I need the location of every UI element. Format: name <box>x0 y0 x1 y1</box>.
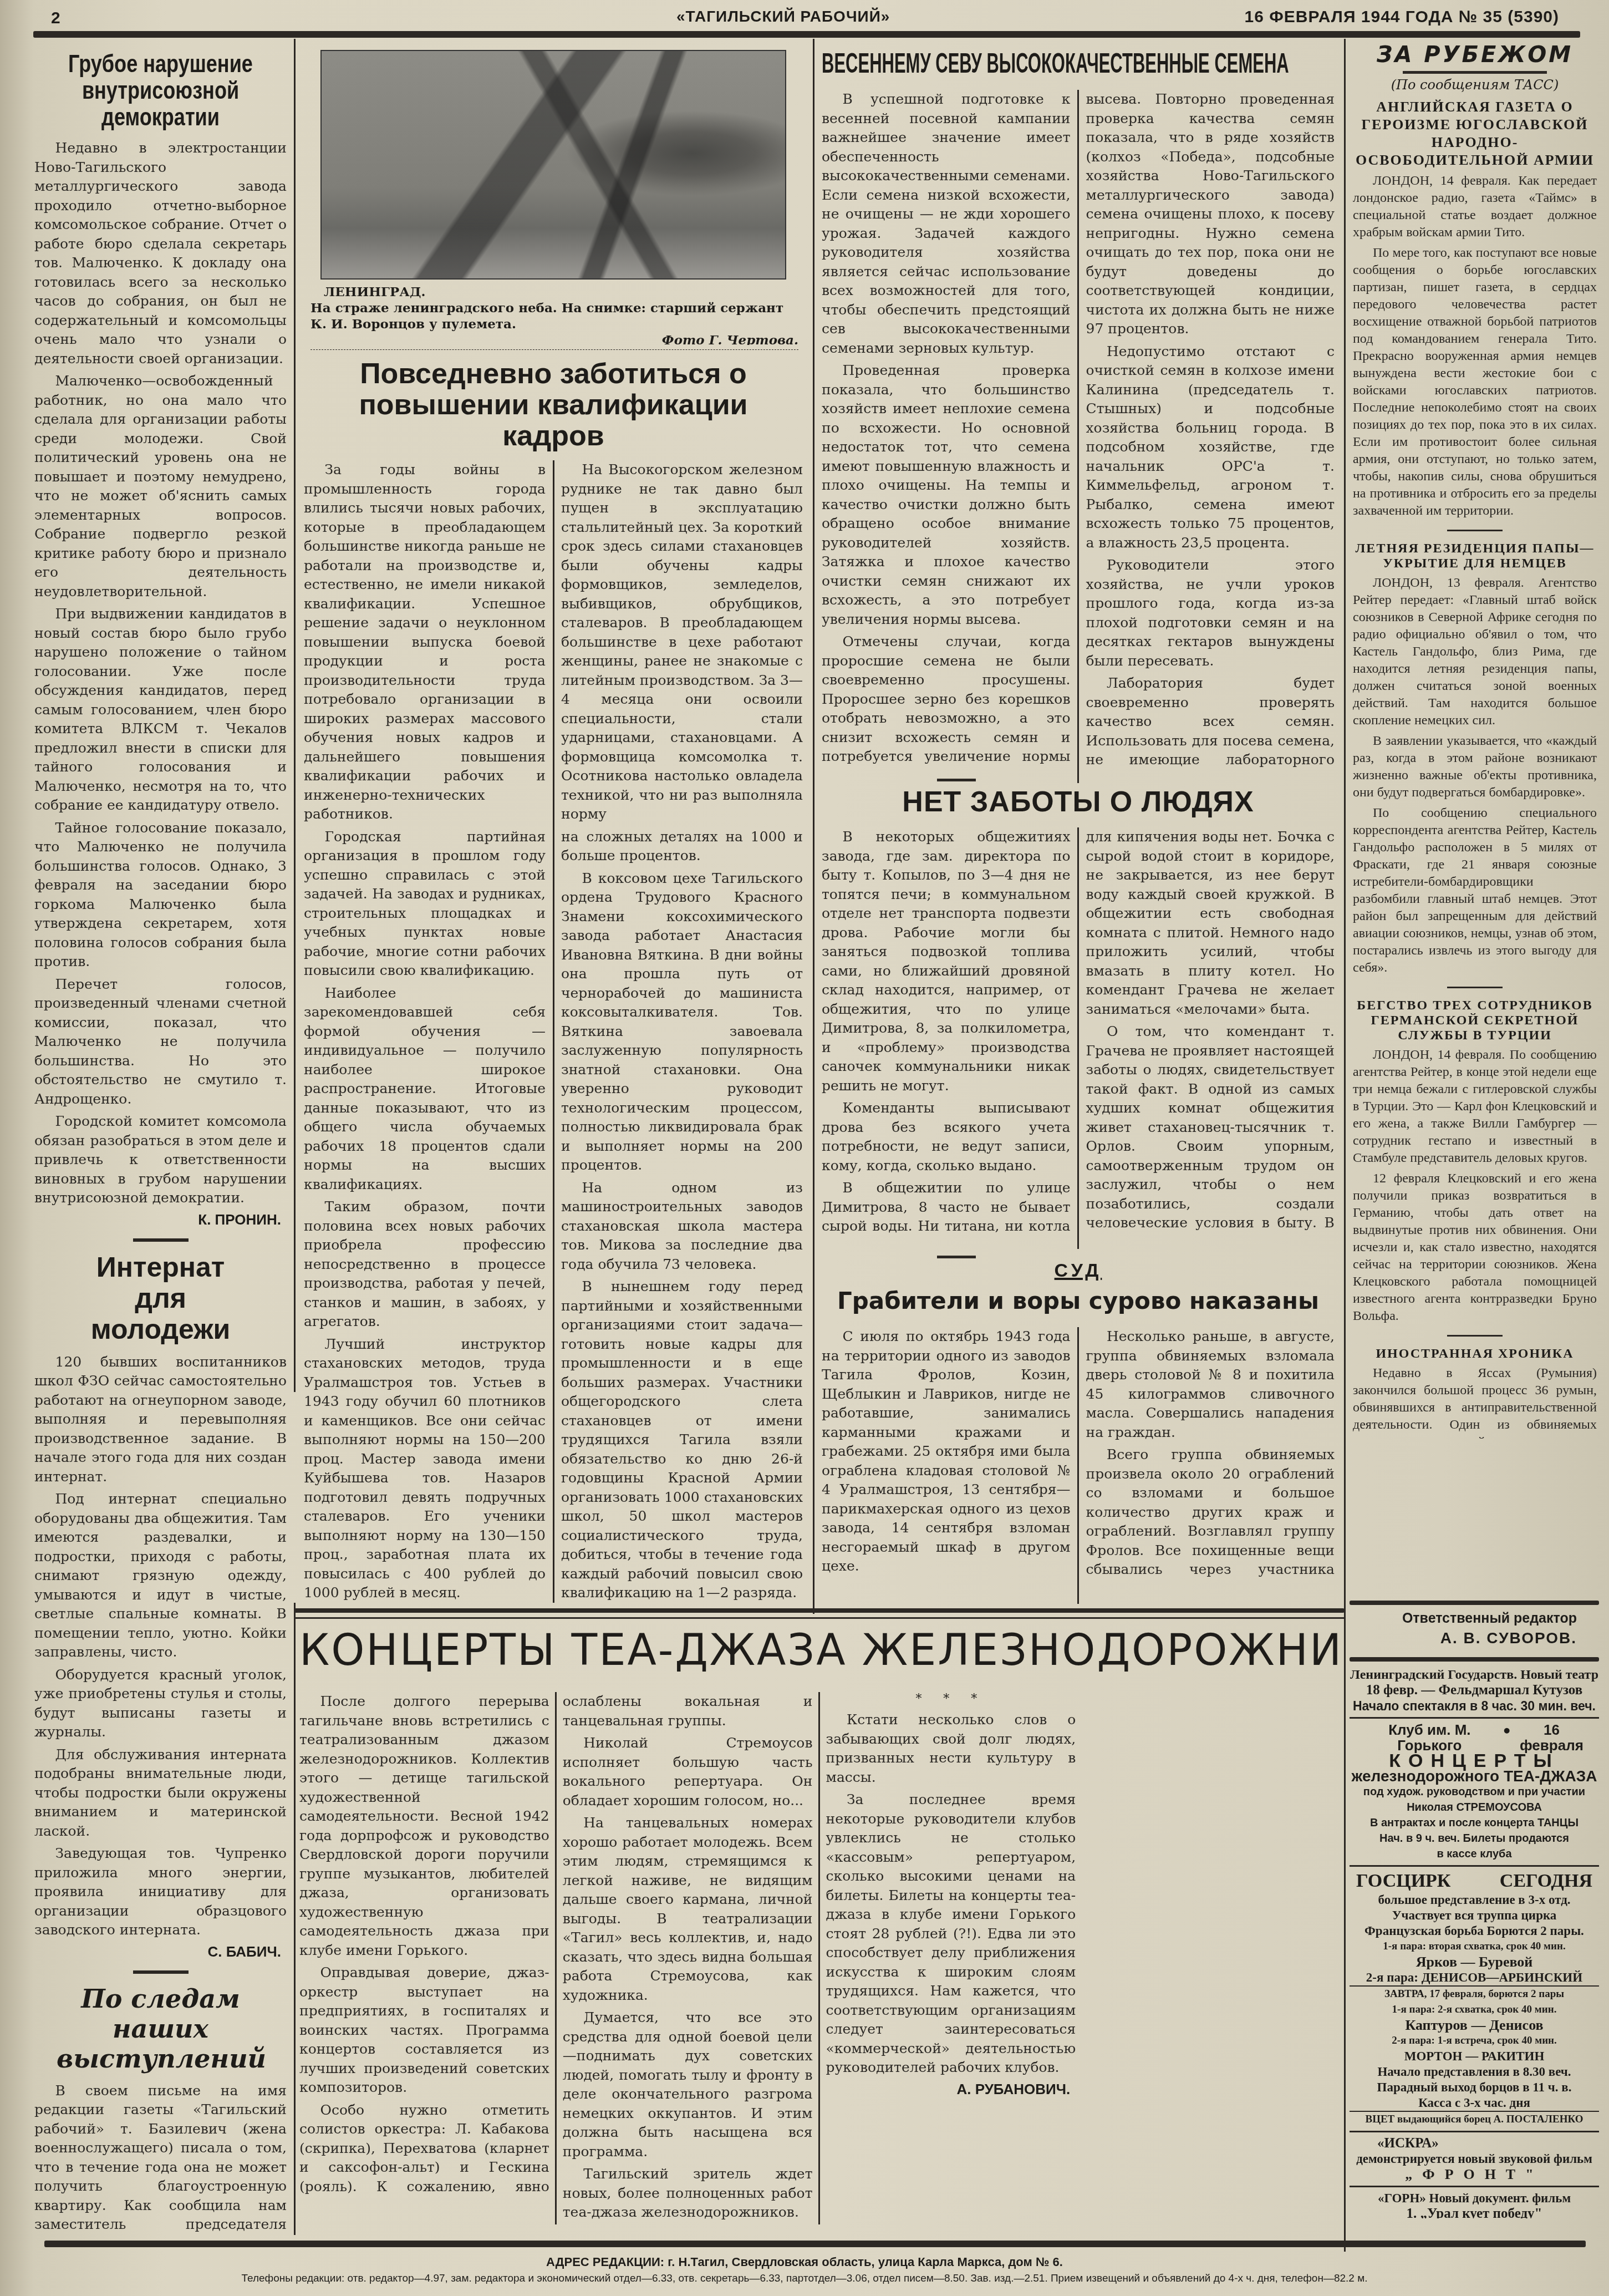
paragraph: Проведенная проверка показала, что больш… <box>822 361 1071 629</box>
ad-line: большое представление в 3-х отд. <box>1350 1892 1599 1908</box>
divider <box>1447 987 1503 988</box>
headline: Интернат для молодежи <box>68 1252 253 1345</box>
theatre-play: 18 февр. — Фельдмаршал Кутузов <box>1350 1683 1599 1698</box>
paragraph: ЛОНДОН, 14 февраля. По сообщению агентст… <box>1353 1047 1597 1167</box>
theatre-start: Начало спектакля в 8 час. 30 мин. веч. <box>1350 1698 1599 1714</box>
editorial-phones: Телефоны редакции: отв. редактор—4.97, з… <box>0 2273 1609 2285</box>
ad-line: Начало представления в 8.30 веч. <box>1350 2064 1599 2080</box>
column-divider <box>1344 39 1346 2252</box>
paragraph: ЛОНДОН, 13 февраля. Агентство Рейтер пер… <box>1353 575 1597 729</box>
club-date: 16 февраля <box>1511 1722 1592 1753</box>
paragraph: Таким образом, почти половина всех новых… <box>304 1197 546 1332</box>
paragraph: Городская партийная организация в прошло… <box>304 827 546 981</box>
headline-text: ВЕСЕННЕМУ СЕВУ ВЫСОКОКАЧЕСТВЕННЫЕ СЕМЕНА <box>822 48 1331 79</box>
paragraph: Несколько раньше, в августе, группа обви… <box>1086 1327 1335 1442</box>
circus-name: ГОСЦИРК <box>1356 1870 1451 1892</box>
ad-line: демонстрируется новый звуковой фильм <box>1350 2151 1599 2167</box>
ad-cinema-gorn: «ГОРН» Новый документ. фильм 1. „Урал ку… <box>1350 2187 1599 2218</box>
article-court: СУД Грабители и воры сурово наказаны С и… <box>822 1260 1335 1604</box>
paragraph: После долгого перерыва тагильчане вновь … <box>299 1692 549 1960</box>
headline: НЕТ ЗАБОТЫ О ЛЮДЯХ <box>822 784 1335 820</box>
article-body: В некоторых общежитиях завода, где зам. … <box>822 827 1335 1249</box>
ad-line: МОРТОН — РАКИТИН <box>1350 2049 1599 2064</box>
divider <box>937 779 976 781</box>
article-internat: Интернат для молодежи 120 бывших воспита… <box>34 1252 287 1960</box>
section-rule <box>294 1608 1345 1613</box>
column-left: Грубое нарушение внутрисоюзной демократи… <box>34 51 287 2236</box>
column-divider <box>813 39 814 1614</box>
divider <box>1447 1335 1503 1337</box>
ad-cinema-iskra: «ИСКРА» демонстрируется новый звуковой ф… <box>1350 2132 1599 2187</box>
paragraph: На одном из машиностроительных заводов с… <box>561 1179 803 1274</box>
rubric-source: (По сообщениям ТАСС) <box>1353 77 1597 93</box>
headline: ИНОСТРАННАЯ ХРОНИКА <box>1353 1347 1597 1362</box>
ad-header: ГОСЦИРК СЕГОДНЯ <box>1350 1870 1599 1892</box>
headline: ВЕСЕННЕМУ СЕВУ ВЫСОКОКАЧЕСТВЕННЫЕ СЕМЕНА <box>822 48 1335 79</box>
news-item-chronicle: ИНОСТРАННАЯ ХРОНИКА Недавно в Яссах (Рум… <box>1353 1347 1597 1440</box>
editor-block: Ответственный редактор А. В. СУВОРОВ. <box>1350 1608 1599 1648</box>
ad-line: Французская борьба Борются 2 пары. <box>1350 1923 1599 1939</box>
headline: ЛЕТНЯЯ РЕЗИДЕНЦИЯ ПАПЫ— УКРЫТИЕ ДЛЯ НЕМЦ… <box>1353 541 1597 571</box>
ad-line: В антрактах и после концерта ТАНЦЫ <box>1350 1815 1599 1831</box>
headline: Повседневно заботиться о повышении квали… <box>309 358 797 451</box>
issue-date: 16 ФЕВРАЛЯ 1944 ГОДА № 35 (5390) <box>1244 8 1559 27</box>
paragraph: 12 февраля Клецковский и его жена получи… <box>1353 1170 1597 1325</box>
ad-circus: ГОСЦИРК СЕГОДНЯ большое представление в … <box>1350 1867 1599 2132</box>
paragraph: 120 бывших воспитанников школ ФЗО сейчас… <box>34 1353 287 1487</box>
paragraph: Недопустимо отстают с очисткой семян в к… <box>1086 342 1335 553</box>
article-democracy: Грубое нарушение внутрисоюзной демократи… <box>34 51 287 1228</box>
divider <box>1350 1601 1599 1605</box>
paragraph: Николай Стремоусов исполняет большую час… <box>563 1734 813 1810</box>
divider <box>310 349 798 351</box>
paragraph: На Высокогорском железном руднике не так… <box>561 460 803 824</box>
paragraph: на сложных деталях на 1000 и больше проц… <box>561 827 803 866</box>
ad-theatre: Ленинградский Государств. Новый театр 18… <box>1350 1664 1599 1719</box>
news-item-turkey: БЕГСТВО ТРЕХ СОТРУДНИКОВ ГЕРМАНСКОЙ СЕКР… <box>1353 998 1597 1325</box>
theatre-name: Ленинградский Государств. Новый театр <box>1350 1667 1599 1683</box>
ad-line: Николая СТРЕМОУСОВА <box>1350 1800 1599 1815</box>
article-concert: КОНЦЕРТЫ ТЕА-ДЖАЗА ЖЕЛЕЗНОДОРОЖНИКОВ Пос… <box>299 1625 1339 2235</box>
bullet-icon: ● <box>1503 1722 1511 1753</box>
newspaper-page: 2 «ТАГИЛЬСКИЙ РАБОЧИЙ» 16 ФЕВРАЛЯ 1944 Г… <box>0 0 1609 2296</box>
headline: Грабители и воры сурово наказаны <box>822 1287 1335 1315</box>
ad-line: Ярков — Буревой <box>1350 1954 1599 1970</box>
article-seeds: ВЕСЕННЕМУ СЕВУ ВЫСОКОКАЧЕСТВЕННЫЕ СЕМЕНА… <box>822 48 1335 802</box>
paragraph: Под интернат специально оборудованы два … <box>34 1490 287 1662</box>
section-rule <box>294 1617 1345 1619</box>
rubric-abroad: ЗА РУБЕЖОМ <box>1353 42 1597 68</box>
paragraph: Тайное голосование показало, что Малючен… <box>34 819 287 972</box>
article-body: С июля по октябрь 1943 года на территори… <box>822 1327 1335 1604</box>
paragraph: Оправдывая доверие, джаз-оркестр выступа… <box>299 1963 549 2097</box>
ad-line: в кассе клуба <box>1350 1846 1599 1862</box>
paragraph: Для обслуживания интерната подобраны вни… <box>34 1745 287 1841</box>
paragraph: По сообщению специального корреспондента… <box>1353 805 1597 977</box>
photo-place: ЛЕНИНГРАД. <box>310 284 798 300</box>
rubric-court: СУД <box>822 1260 1335 1282</box>
ad-header: «ГОРН» Новый документ. фильм <box>1350 2191 1599 2206</box>
news-item-yugoslavia: АНГЛИЙСКАЯ ГАЗЕТА О ГЕРОИЗМЕ ЮГОСЛАВСКОЙ… <box>1353 98 1597 520</box>
cinema-name: «ИСКРА» <box>1350 2136 1599 2151</box>
photo-leningrad-machine-gunner <box>320 50 786 280</box>
divider <box>1350 1657 1599 1662</box>
article-body: За годы войны в промышленность города вл… <box>304 460 803 1603</box>
paper-name: «ТАГИЛЬСКИЙ РАБОЧИЙ» <box>676 8 890 26</box>
paragraph: Городской комитет комсомола обязан разоб… <box>34 1112 287 1208</box>
headline: АНГЛИЙСКАЯ ГАЗЕТА О ГЕРОИЗМЕ ЮГОСЛАВСКОЙ… <box>1353 98 1597 169</box>
headline-text: КОНЦЕРТЫ ТЕА-ДЖАЗА ЖЕЛЕЗНОДОРОЖНИКОВ <box>299 1626 1339 1675</box>
paragraph: С июля по октябрь 1943 года на территори… <box>822 1327 1071 1576</box>
ad-header: Клуб им. М. Горького ● 16 февраля <box>1350 1722 1599 1753</box>
headline: КОНЦЕРТЫ ТЕА-ДЖАЗА ЖЕЛЕЗНОДОРОЖНИКОВ <box>299 1625 1339 1675</box>
photo-caption: ЛЕНИНГРАД. На страже ленинградского неба… <box>310 284 798 345</box>
film-title: „ФРОНТ" <box>1350 2167 1599 2182</box>
article-body: После долгого перерыва тагильчане вновь … <box>299 1692 1339 2224</box>
paragraph: Думается, что все это средства для одной… <box>563 2008 813 2161</box>
divider <box>133 1238 189 1242</box>
ad-line: Нач. в 9 ч. веч. Билеты продаются <box>1350 1831 1599 1846</box>
paragraph: Лучший инструктор стахановских методов, … <box>304 1335 546 1603</box>
signature: С. БАБИЧ. <box>34 1943 281 1960</box>
editor-name: А. В. СУВОРОВ. <box>1350 1628 1599 1648</box>
editorial-address: АДРЕС РЕДАКЦИИ: г. Н.Тагил, Свердловская… <box>0 2255 1609 2269</box>
paragraph: Наиболее зарекомендовавшей себя формой о… <box>304 984 546 1195</box>
paragraph: Тагильский зритель ждет новых, более пол… <box>563 2165 813 2222</box>
ad-line: ВЦЕТ выдающийся борец А. ПОСТАЛЕНКО <box>1350 2111 1599 2127</box>
article-no-care: НЕТ ЗАБОТЫ О ЛЮДЯХ В некоторых общежития… <box>822 782 1335 1253</box>
headline: БЕГСТВО ТРЕХ СОТРУДНИКОВ ГЕРМАНСКОЙ СЕКР… <box>1353 998 1597 1043</box>
photo-credit: Фото Г. Чертова. <box>310 332 798 345</box>
paragraph: В нынешнем году перед партийными и хозяй… <box>561 1277 803 1603</box>
paragraph: За последнее время некоторые руководител… <box>826 1790 1076 2077</box>
signature: А. РУБАНОВИЧ. <box>826 2081 1071 2098</box>
column-divider <box>294 1603 296 2235</box>
paragraph: Недавно в Яссах (Румыния) закончился бол… <box>1353 1365 1597 1440</box>
footer-rule <box>44 2241 1586 2247</box>
divider <box>133 1970 189 1974</box>
paragraph: ЛОНДОН, 14 февраля. Как передает лондонс… <box>1353 172 1597 241</box>
ad-line: 2-я пара: 1-я встреча, срок 40 мин. <box>1350 2033 1599 2049</box>
ad-line: Касса с 3-х час. дня <box>1350 2095 1599 2111</box>
paragraph: В успешной подготовке к весенней посевно… <box>822 90 1071 358</box>
article-body: В успешной подготовке к весенней посевно… <box>822 90 1335 783</box>
ad-line: Парадный выход борцов в 11 ч. в. <box>1350 2080 1599 2095</box>
paragraph: При выдвижении кандидатов в новый состав… <box>34 605 287 815</box>
ad-line: 1-я пара: вторая схватка, срок 40 мин. <box>1350 1939 1599 1954</box>
ad-line: под худож. руководством и при участии <box>1350 1784 1599 1800</box>
paragraph: В коксовом цехе Тагильского ордена Трудо… <box>561 869 803 1175</box>
paragraph: Кстати несколько слов о забывающих свой … <box>826 1710 1076 1787</box>
divider <box>1403 71 1547 74</box>
headline: Грубое нарушение внутрисоюзной демократи… <box>57 51 264 131</box>
news-item-pope-residence: ЛЕТНЯЯ РЕЗИДЕНЦИЯ ПАПЫ— УКРЫТИЕ ДЛЯ НЕМЦ… <box>1353 541 1597 977</box>
paragraph: Коменданты выписывают дрова без всякого … <box>822 1099 1071 1175</box>
circus-today: СЕГОДНЯ <box>1500 1870 1592 1892</box>
page-number: 2 <box>51 9 60 28</box>
photo-caption-text: На страже ленинградского неба. На снимке… <box>310 300 798 332</box>
ads-column: Ленинградский Государств. Новый театр 18… <box>1350 1664 1599 2218</box>
ad-line: Участвует вся труппа цирка <box>1350 1908 1599 1923</box>
headline: По следам наших выступлений <box>57 1984 264 2074</box>
stars-separator: * * * <box>826 1692 1076 1706</box>
paragraph: Руководители этого хозяйства, не учли ур… <box>1086 556 1335 670</box>
article-follow-up: По следам наших выступлений В своем пись… <box>34 1984 287 2237</box>
signature: К. ПРОНИН. <box>34 1211 281 1228</box>
paragraph: Оборудуется красный уголок, уже приобрет… <box>34 1665 287 1742</box>
film-title: 1. „Урал кует победу" <box>1350 2206 1599 2218</box>
ad-line: 2-я пара: ДЕНИСОВ—АРБИНСКИЙ <box>1350 1970 1599 1987</box>
ad-line: Каптуров — Денисов <box>1350 2018 1599 2033</box>
ad-line: ЗАВТРА, 17 февраля, борются 2 пары <box>1350 1987 1599 2002</box>
divider <box>937 1256 976 1258</box>
ad-line: Новый документ. фильм <box>1429 2191 1571 2205</box>
editor-label: Ответственный редактор <box>1350 1608 1599 1628</box>
paragraph: В заявлении указывается, что «каждый раз… <box>1353 733 1597 801</box>
concert-title: КОНЦЕРТЫ <box>1350 1753 1599 1769</box>
paragraph: Малюченко—освобожденный работник, но она… <box>34 372 287 601</box>
paragraph: На танцевальных номерах хорошо работает … <box>563 1814 813 2005</box>
paragraph: Заведующая тов. Чупренко приложила много… <box>34 1844 287 1940</box>
paragraph: За годы войны в промышленность города вл… <box>304 460 546 824</box>
concert-subtitle: железнодорожного ТЕА-ДЖАЗА <box>1350 1769 1599 1784</box>
column-divider <box>294 39 296 1392</box>
club-name: Клуб им. М. Горького <box>1356 1722 1503 1753</box>
ad-line: 1-я пара: 2-я схватка, срок 40 мин. <box>1350 2002 1599 2018</box>
cinema-name: «ГОРН» <box>1378 2191 1426 2205</box>
article-cadres: Повседневно заботиться о повышении квали… <box>304 355 803 1603</box>
paragraph: В своем письме на имя редакции газеты «Т… <box>34 2081 287 2237</box>
paragraph: По мере того, как поступают все новые со… <box>1353 245 1597 520</box>
masthead-rule <box>33 31 1580 38</box>
paragraph: Недавно в электростанции Ново-Тагильског… <box>34 139 287 368</box>
divider <box>1447 530 1503 531</box>
paragraph: В некоторых общежитиях завода, где зам. … <box>822 827 1071 1095</box>
column-foreign-news: ЗА РУБЕЖОМ (По сообщениям ТАСС) АНГЛИЙСК… <box>1353 42 1597 1440</box>
paragraph: Перечет голосов, произведенный членами с… <box>34 975 287 1109</box>
ad-club-concert: Клуб им. М. Горького ● 16 февраля КОНЦЕР… <box>1350 1719 1599 1867</box>
